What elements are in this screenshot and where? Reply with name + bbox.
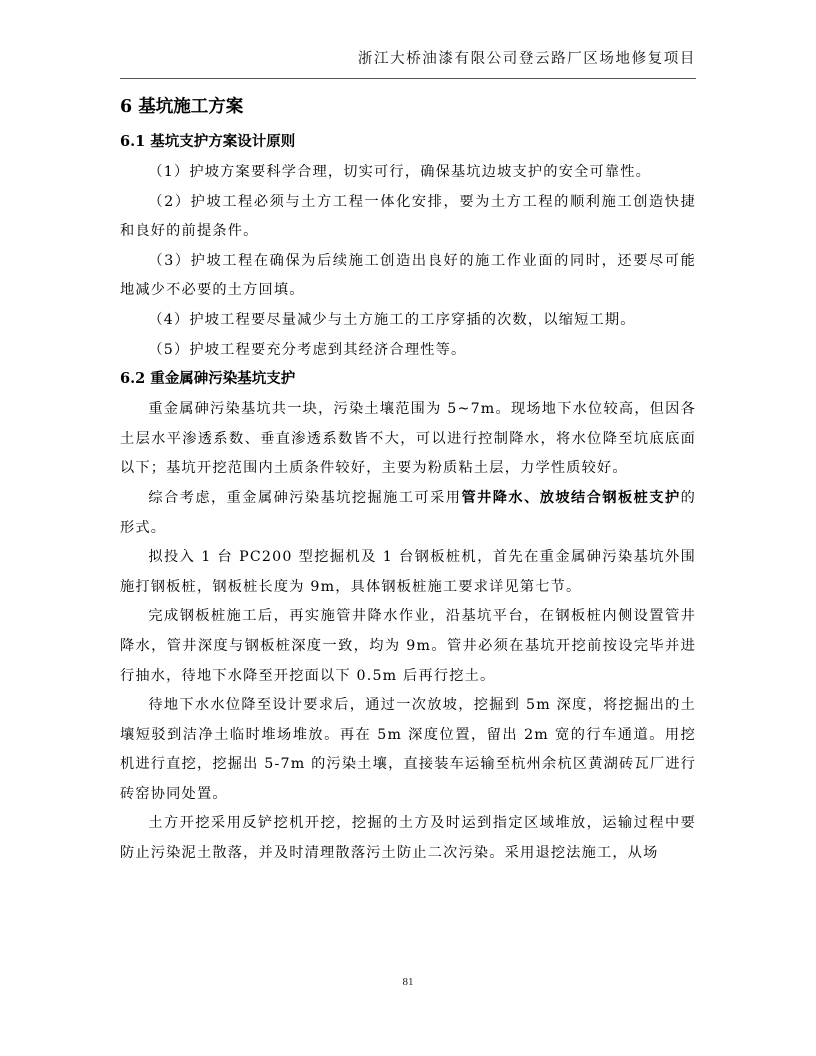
paragraph: （2）护坡工程必须与土方工程一体化安排，要为土方工程的顺利施工创造快捷和良好的前… [120, 188, 696, 247]
paragraph: （5）护坡工程要充分考虑到其经济合理性等。 [120, 336, 696, 366]
emphasis-text: 管井降水、放坡结合钢板桩支护 [461, 490, 680, 506]
subsection-title-6-2: 6.2 重金属砷污染基坑支护 [120, 365, 696, 395]
page-content: 6 基坑施工方案 6.1 基坑支护方案设计原则 （1）护坡方案要科学合理，切实可… [120, 92, 696, 869]
page-header: 浙江大桥油漆有限公司登云路厂区场地修复项目 [120, 44, 696, 79]
page-number: 81 [0, 976, 816, 988]
paragraph-text: 综合考虑，重金属砷污染基坑挖掘施工可采用 [148, 490, 461, 506]
header-title: 浙江大桥油漆有限公司登云路厂区场地修复项目 [358, 51, 696, 67]
subsection-title-6-1: 6.1 基坑支护方案设计原则 [120, 128, 696, 158]
section-title: 6 基坑施工方案 [120, 92, 696, 128]
paragraph: （4）护坡工程要尽量减少与土方施工的工序穿插的次数，以缩短工期。 [120, 306, 696, 336]
paragraph: （1）护坡方案要科学合理，切实可行，确保基坑边坡支护的安全可靠性。 [120, 158, 696, 188]
paragraph: 拟投入 1 台 PC200 型挖掘机及 1 台钢板桩机，首先在重金属砷污染基坑外… [120, 543, 696, 602]
paragraph: 土方开挖采用反铲挖机开挖，挖掘的土方及时运到指定区域堆放，运输过程中要防止污染泥… [120, 809, 696, 868]
paragraph: 完成钢板桩施工后，再实施管井降水作业，沿基坑平台，在钢板桩内侧设置管井降水，管井… [120, 602, 696, 691]
paragraph: 重金属砷污染基坑共一块，污染土壤范围为 5~7m。现场地下水位较高，但因各土层水… [120, 395, 696, 484]
paragraph-with-emphasis: 综合考虑，重金属砷污染基坑挖掘施工可采用管井降水、放坡结合钢板桩支护的形式。 [120, 484, 696, 543]
paragraph: 待地下水水位降至设计要求后，通过一次放坡，挖掘到 5m 深度，将挖掘出的土壤短驳… [120, 691, 696, 809]
paragraph: （3）护坡工程在确保为后续施工创造出良好的施工作业面的同时，还要尽可能地减少不必… [120, 247, 696, 306]
